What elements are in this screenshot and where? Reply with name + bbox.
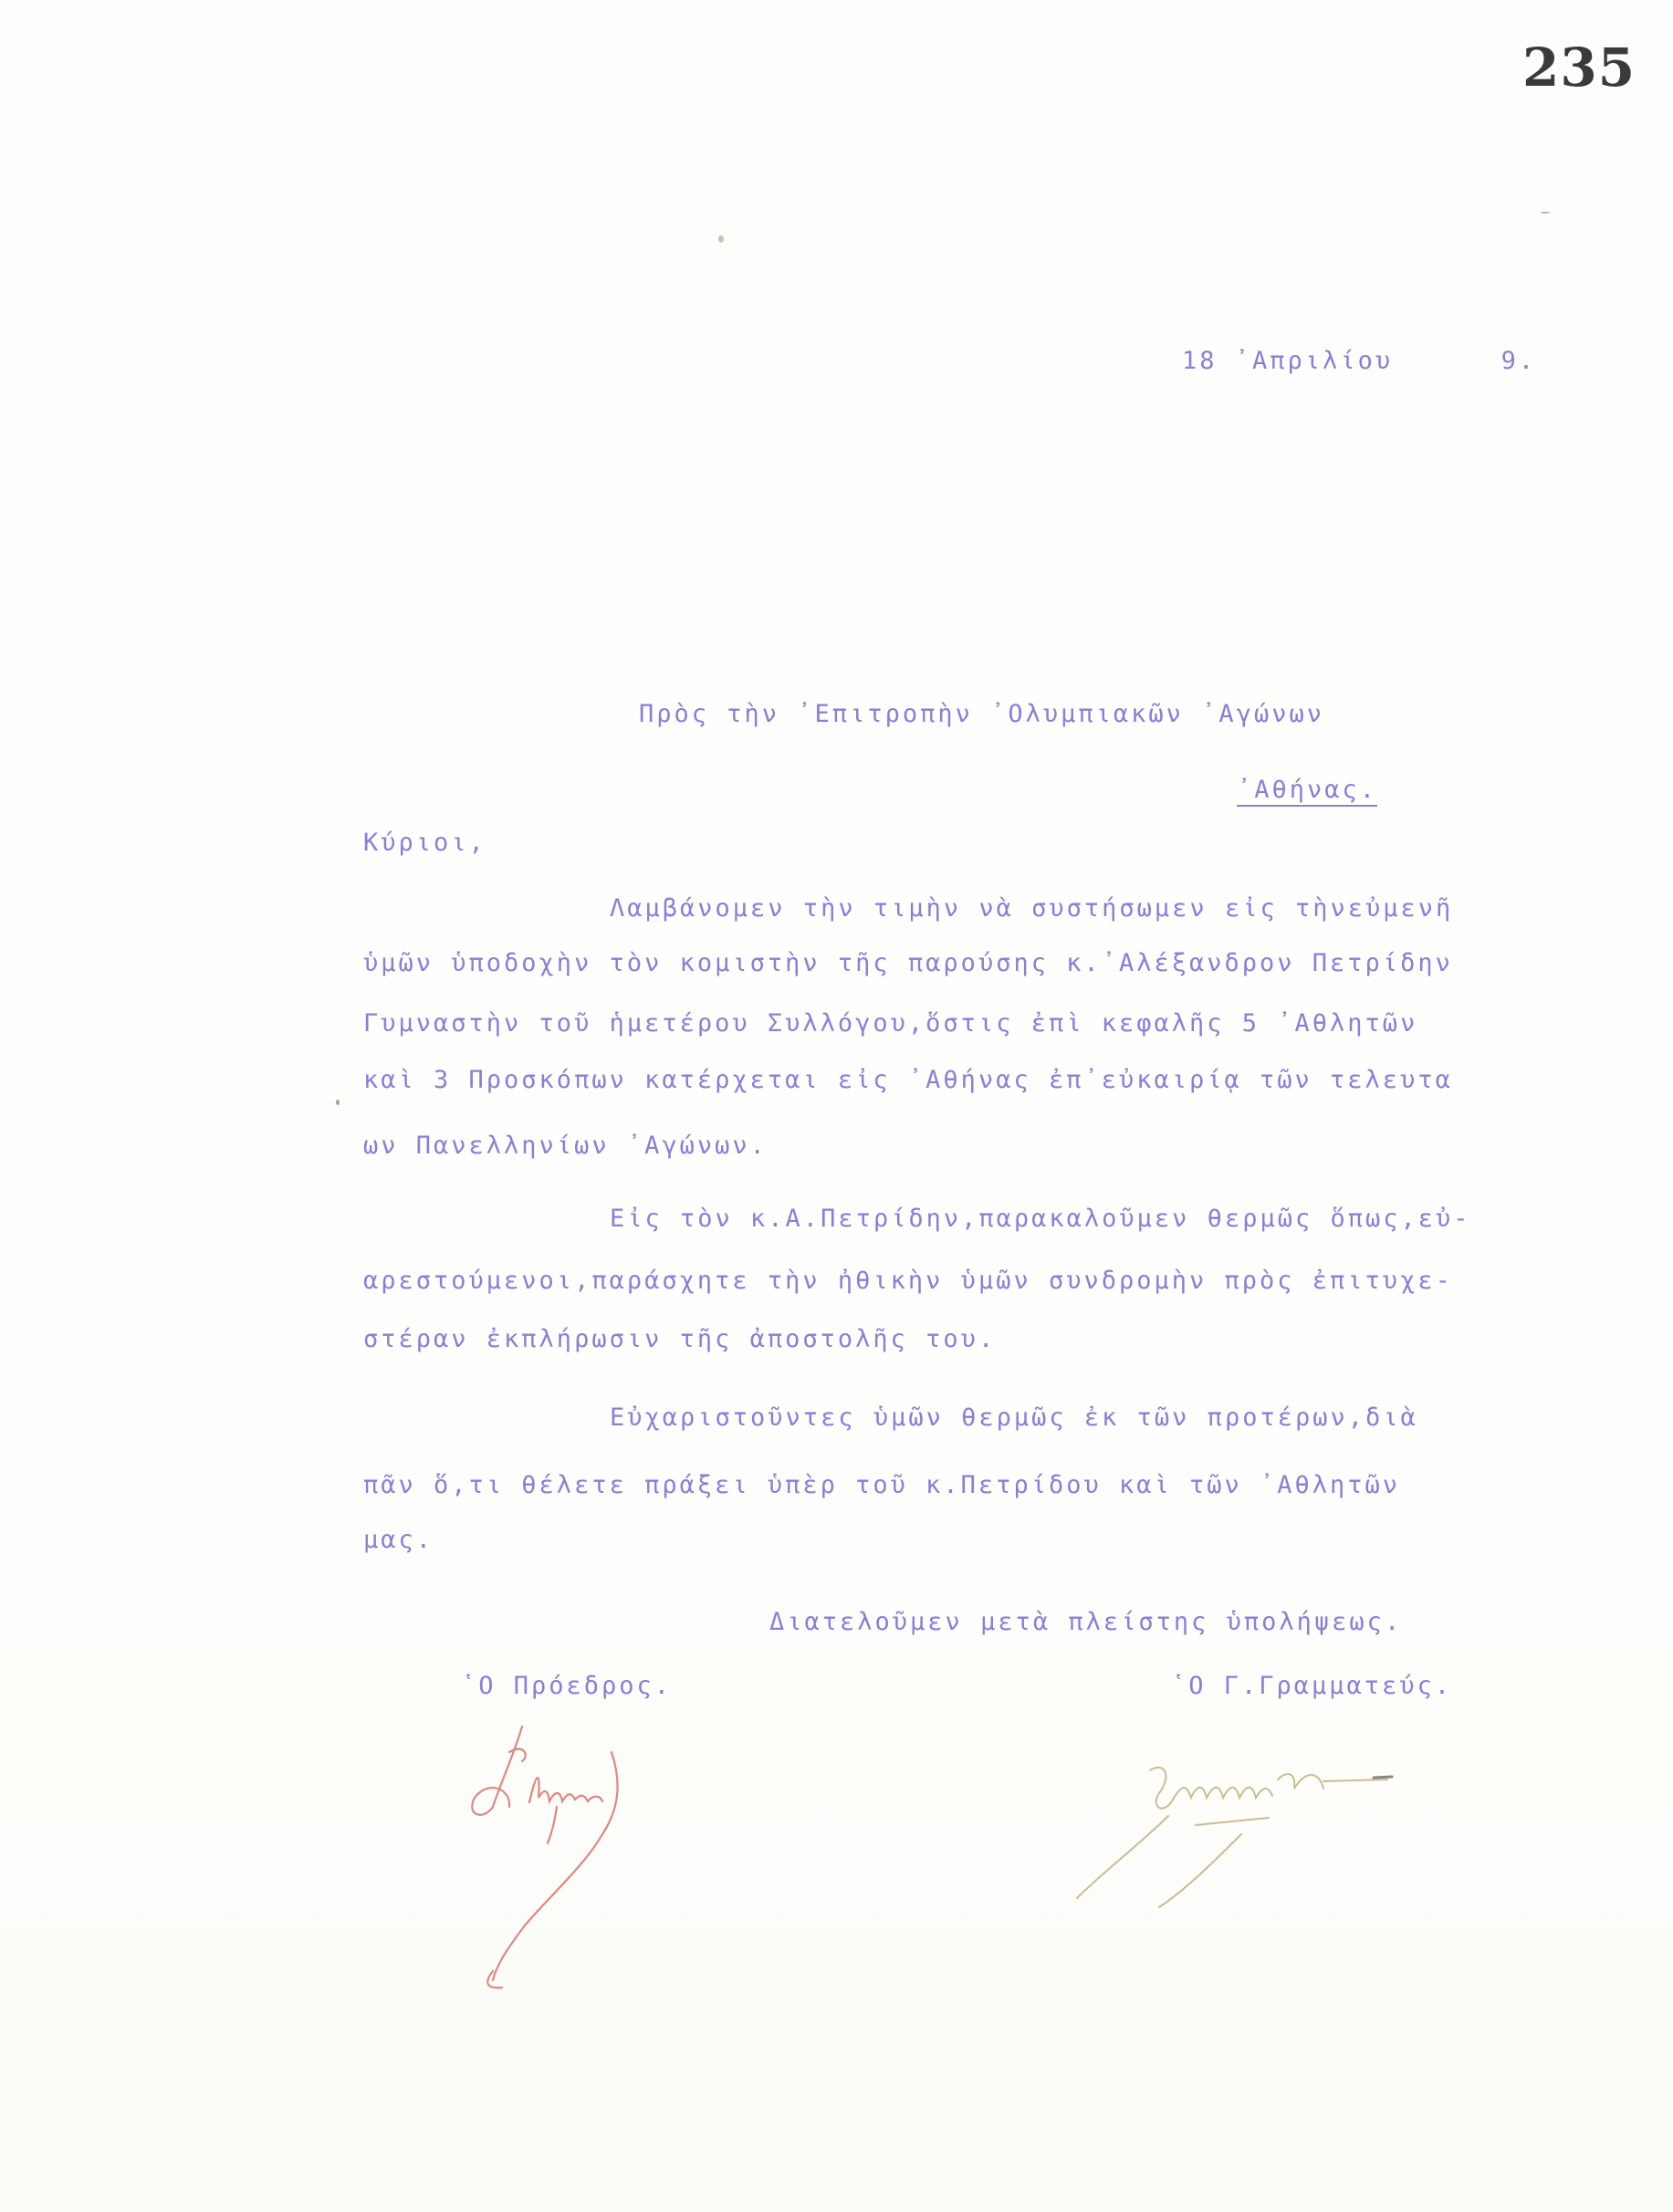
body-line: αρεστούμενοι,παράσχητε τὴν ἠθικὴν ὑμῶν σ… xyxy=(363,1267,1453,1295)
body-line: στέραν ἐκπλήρωσιν τῆς ἀποστολῆς του. xyxy=(363,1325,996,1353)
closing-line: Διατελοῦμεν μετὰ πλείστης ὑπολήψεως. xyxy=(769,1608,1402,1636)
addressee-line-2: ᾿Αθήνας. xyxy=(1237,776,1377,804)
body-line: ὑμῶν ὑποδοχὴν τὸν κομιστὴν τῆς παρούσης … xyxy=(363,949,1453,977)
secretary-label: ῾Ο Γ.Γραμματεύς. xyxy=(1171,1672,1452,1700)
page-number: 235 xyxy=(1522,37,1636,99)
date-year: 9. xyxy=(1501,347,1537,375)
paper-mark xyxy=(336,1100,340,1105)
president-signature xyxy=(438,1706,821,1998)
date-day: 18 xyxy=(1182,347,1218,375)
body-line: Εὐχαριστοῦντες ὑμῶν θερμῶς ἐκ τῶν προτέρ… xyxy=(610,1403,1418,1432)
letter-page: 235 18 ᾿Απριλίου 9. Πρὸς τὴν ᾿Επιτροπὴν … xyxy=(0,0,1673,2212)
paper-mark xyxy=(1541,212,1550,214)
body-line: Εἰς τὸν κ.Α.Πετρίδην,παρακαλοῦμεν θερμῶς… xyxy=(610,1205,1471,1233)
president-label: ῾Ο Πρόεδρος. xyxy=(461,1672,672,1700)
body-line: καὶ 3 Προσκόπων κατέρχεται εἰς ᾿Αθήνας ἐ… xyxy=(363,1066,1453,1094)
body-line: μας. xyxy=(363,1526,434,1554)
secretary-signature xyxy=(1004,1716,1515,1953)
paper-speck xyxy=(718,235,724,243)
date-line: 18 ᾿Απριλίου 9. xyxy=(1182,347,1536,375)
body-line: πᾶν ὅ,τι θέλετε πράξει ὑπὲρ τοῦ κ.Πετρίδ… xyxy=(363,1471,1400,1499)
salutation: Κύριοι, xyxy=(363,829,486,857)
body-line: Γυμναστὴν τοῦ ἡμετέρου Συλλόγου,ὅστις ἐπ… xyxy=(363,1009,1417,1038)
body-line: ων Πανελληνίων ᾿Αγώνων. xyxy=(363,1132,768,1160)
addressee-line-1: Πρὸς τὴν ᾿Επιτροπὴν ᾿Ολυμπιακῶν ᾿Αγώνων xyxy=(639,700,1324,728)
date-month: ᾿Απριλίου xyxy=(1235,347,1393,375)
body-line: Λαμβάνομεν τὴν τιμὴν νὰ συστήσωμεν εἰς τ… xyxy=(610,894,1453,923)
